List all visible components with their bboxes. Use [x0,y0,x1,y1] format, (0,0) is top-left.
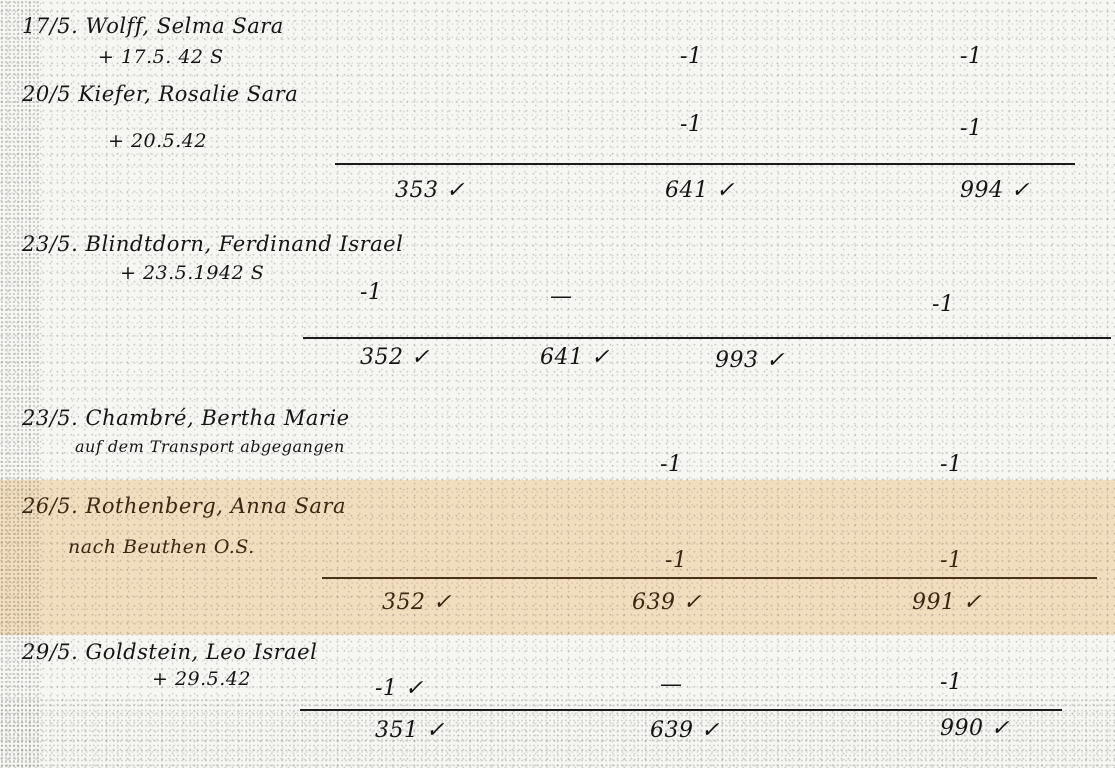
subtotal-col1: 353 ✓ [395,178,465,203]
entry-note: + 23.5.1942 S [120,262,264,284]
subtotal-col1: 352 ✓ [382,590,452,615]
entry-change-col1: -1 [360,280,382,305]
entry-change-col3: -1 [932,292,954,317]
subtotal-col2: 639 ✓ [632,590,702,615]
entry-change-col3: -1 [940,452,962,477]
entry-goldstein-heading: 29/5. Goldstein, Leo Israel [22,640,317,664]
subtotal-col3: 991 ✓ [912,590,982,615]
entry-note: + 20.5.42 [108,130,207,152]
entry-name: Goldstein, Leo Israel [86,640,318,664]
entry-name: Wolff, Selma Sara [86,14,284,38]
entry-change-col2: -1 [680,44,702,69]
subtotal-col3: 990 ✓ [940,716,1010,741]
entry-date: 17/5. [22,14,78,38]
entry-note: + 29.5.42 [152,668,251,690]
entry-date: 20/5 [22,82,71,106]
entry-date: 29/5. [22,640,78,664]
subtotal-col3: 994 ✓ [960,178,1030,203]
entry-blindtdorn-heading: 23/5. Blindtdorn, Ferdinand Israel [22,232,403,256]
entry-change-col2: — [660,672,683,697]
entry-note: nach Beuthen O.S. [68,536,255,558]
entry-name: Blindtdorn, Ferdinand Israel [86,232,404,256]
entry-change-col2: — [550,284,573,309]
entry-change-col2: -1 [665,548,687,573]
entry-note: + 17.5. 42 S [98,46,224,68]
entry-note: auf dem Transport abgegangen [75,437,345,456]
entry-change-col3: -1 [960,44,982,69]
entry-change-col3: -1 [940,670,962,695]
entry-rothenberg-heading: 26/5. Rothenberg, Anna Sara [22,494,346,518]
entry-date: 23/5. [22,232,78,256]
entry-change-col1: -1 ✓ [375,676,424,701]
entry-date: 23/5. [22,406,78,430]
entry-chambre-heading: 23/5. Chambré, Bertha Marie [22,406,350,430]
subtotal-col2: 639 ✓ [650,718,720,743]
subtotal-col1: 352 ✓ [360,345,430,370]
subtotal-col2: 641 ✓ [540,345,610,370]
subtotal-col1: 351 ✓ [375,718,445,743]
entry-wolff-heading: 17/5. Wolff, Selma Sara [22,14,284,38]
entry-change-col3: -1 [960,116,982,141]
entry-name: Kiefer, Rosalie Sara [78,82,298,106]
subtotal-rule [335,163,1075,165]
entry-kiefer-heading: 20/5 Kiefer, Rosalie Sara [22,82,298,106]
entry-change-col3: -1 [940,548,962,573]
entry-date: 26/5. [22,494,78,518]
entry-change-col2: -1 [680,112,702,137]
entry-name: Rothenberg, Anna Sara [86,494,346,518]
entry-name: Chambré, Bertha Marie [86,406,350,430]
subtotal-col3: 993 ✓ [715,348,785,373]
subtotal-rule [322,577,1097,579]
subtotal-rule [303,337,1111,339]
subtotal-rule [300,709,1062,711]
subtotal-col2: 641 ✓ [665,178,735,203]
entry-change-col2: -1 [660,452,682,477]
